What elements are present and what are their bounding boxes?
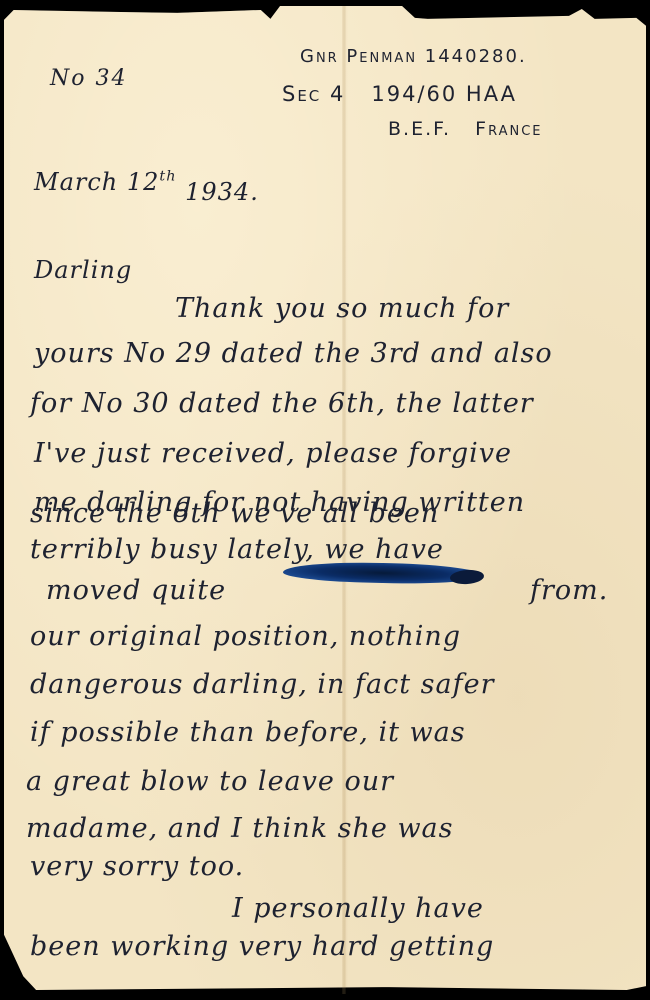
body-text: moved quite — [46, 575, 226, 606]
body-line: I personally have — [232, 892, 484, 926]
unit-designation: Sec 4 194/60 HAA — [282, 82, 517, 106]
body-line: terribly busy lately, we have — [30, 533, 444, 567]
date-month-day: March 12 — [34, 168, 159, 196]
body-line: very sorry too. — [30, 850, 244, 884]
body-line: dangerous darling, in fact safer — [30, 668, 495, 702]
body-line: I've just received, please forgive — [34, 437, 512, 471]
date-year: 1934. — [185, 178, 259, 206]
body-line: since the 6th we've all been — [30, 497, 439, 531]
letter-page: No 34 Gnr Penman 1440280. Sec 4 194/60 H… — [0, 0, 650, 1000]
body-line: our original position, nothing — [30, 620, 461, 654]
sender-name: Gnr Penman 1440280. — [300, 46, 527, 67]
letter-number: No 34 — [50, 62, 127, 96]
body-line: for No 30 dated the 6th, the latter — [30, 387, 534, 421]
body-line: yours No 29 dated the 3rd and also — [34, 337, 553, 371]
location: B.E.F. France — [388, 118, 543, 140]
letter-date: March 12th 1934. — [34, 168, 259, 196]
body-line: if possible than before, it was — [30, 716, 466, 750]
salutation: Darling — [34, 256, 132, 284]
body-text: from. — [530, 574, 608, 608]
body-line: madame, and I think she was — [26, 812, 454, 846]
body-line: Thank you so much for — [175, 292, 509, 326]
date-ordinal: th — [159, 168, 176, 184]
body-line-redacted: moved quite — [46, 574, 226, 608]
body-line: been working very hard getting — [30, 930, 494, 964]
body-line: a great blow to leave our — [26, 765, 394, 799]
